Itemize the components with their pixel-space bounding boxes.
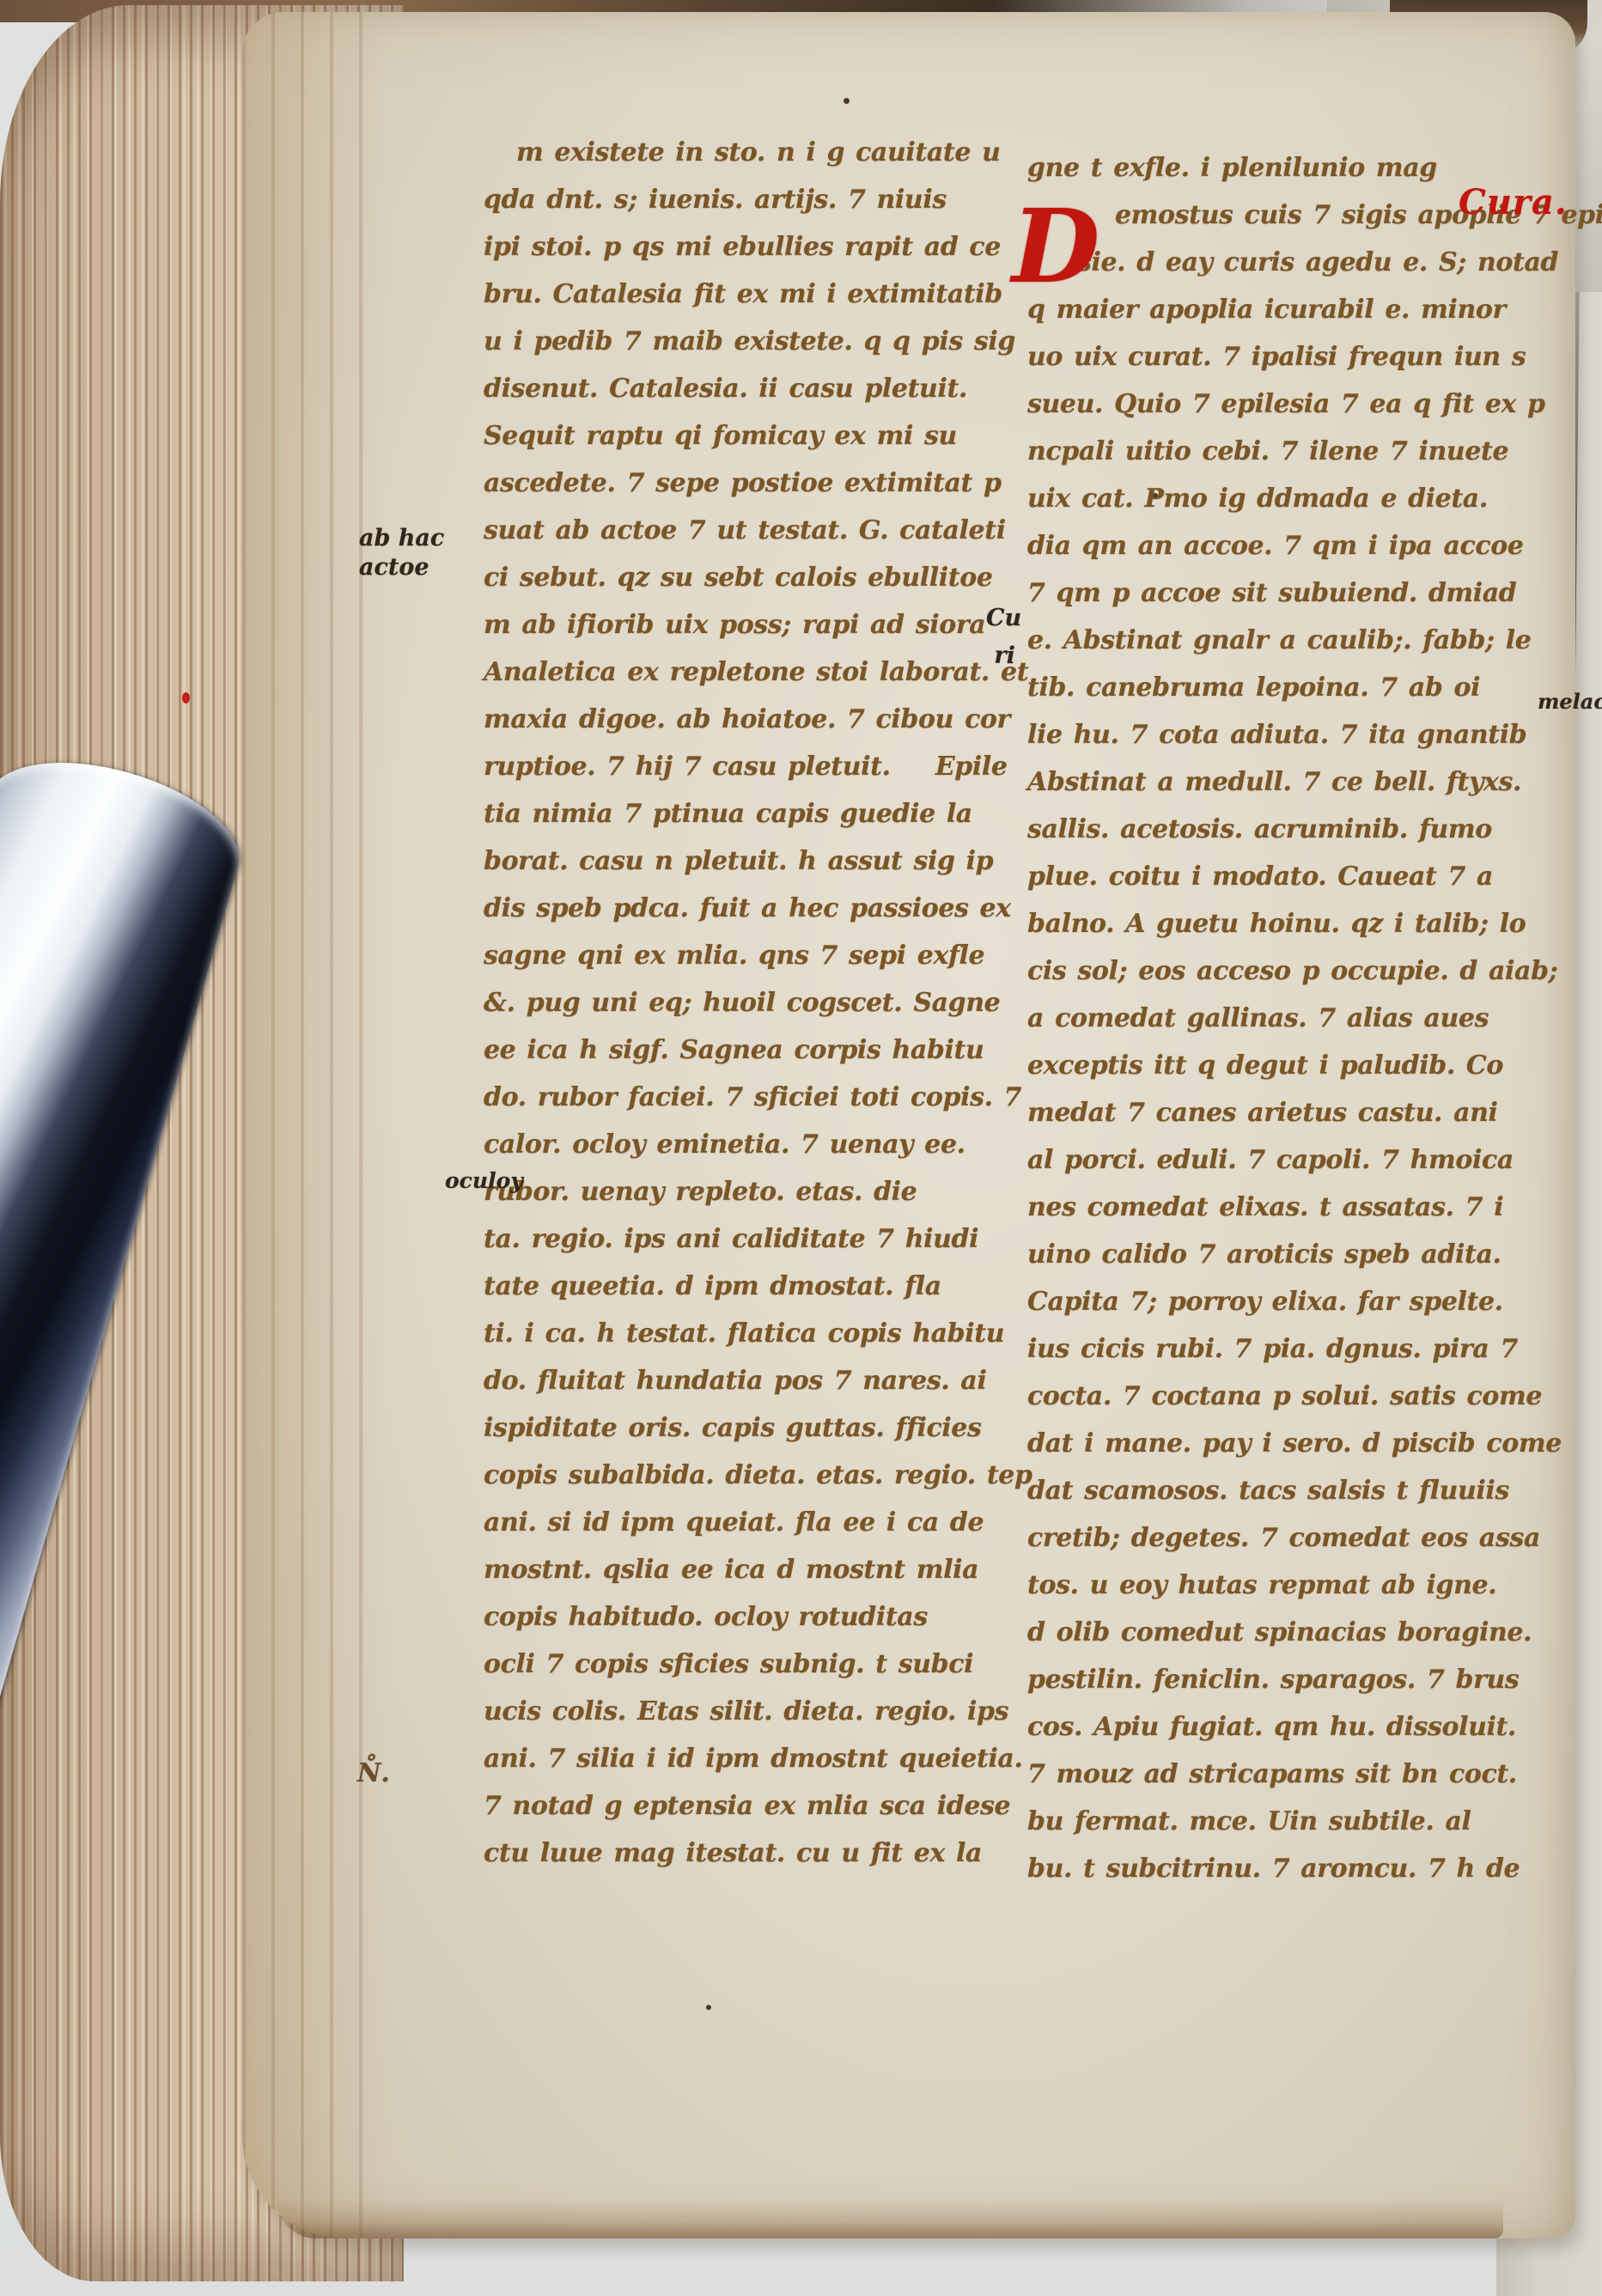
- margin-note-cu-ri: Cu ri: [986, 600, 1021, 675]
- manuscript-line: m existete in sto. n i g cauitate u: [484, 129, 1038, 176]
- manuscript-line: ispiditate oris. capis guttas. fficies: [484, 1404, 1038, 1452]
- manuscript-line: Sequit raptu qi fomicay ex mi su: [484, 412, 1038, 460]
- manuscript-line: copis habitudo. ocloy rotuditas: [484, 1593, 1038, 1641]
- manuscript-line: 7 notad g eptensia ex mlia sca idese: [484, 1782, 1038, 1830]
- manuscript-line: ani. si id ipm queiat. fla ee i ca de: [484, 1499, 1038, 1546]
- manuscript-line: borat. casu n pletuit. h assut sig ip: [484, 837, 1038, 885]
- manuscript-line: uix cat. Pmo ig ddmada e dieta.: [1027, 475, 1586, 522]
- manuscript-line: tate queetia. d ipm dmostat. fla: [484, 1263, 1038, 1310]
- manuscript-line: ctu luue mag itestat. cu u fit ex la: [484, 1830, 1038, 1877]
- manuscript-line: ani. 7 silia i id ipm dmostnt queietia.: [484, 1735, 1038, 1782]
- manuscript-line: 7 mouz ad stricapams sit bn coct.: [1027, 1751, 1586, 1798]
- manuscript-line: tib. canebruma lepoina. 7 ab oi: [1027, 664, 1586, 711]
- manuscript-line: cocta. 7 coctana p solui. satis come: [1027, 1373, 1586, 1420]
- manuscript-line: nes comedat elixas. t assatas. 7 i: [1027, 1184, 1586, 1231]
- manuscript-line: cretib; degetes. 7 comedat eos assa: [1027, 1514, 1586, 1562]
- manuscript-line: ncpali uitio cebi. 7 ilene 7 inuete: [1027, 428, 1586, 475]
- manuscript-line: qda dnt. s; iuenis. artijs. 7 niuis: [484, 176, 1038, 223]
- manuscript-line: maxia digoe. ab hoiatoe. 7 cibou cor: [484, 696, 1038, 743]
- manuscript-line: dat scamosos. tacs salsis t fluuiis: [1027, 1467, 1586, 1514]
- margin-note-oculorum: oculoy: [445, 1166, 523, 1196]
- manuscript-line: &. pug uni eq; huoil cogscet. Sagne: [484, 979, 1038, 1026]
- manuscript-line: ta. regio. ips ani caliditate 7 hiudi: [484, 1215, 1038, 1263]
- margin-note-ab-hac-actione: ab hac actoe: [359, 524, 444, 582]
- manuscript-line: calor. ocloy eminetia. 7 uenay ee.: [484, 1121, 1038, 1168]
- manuscript-line: ascedete. 7 sepe postioe extimitat p: [484, 460, 1038, 507]
- margin-note-melancolie: melaco: [1538, 687, 1602, 716]
- manuscript-line: medat 7 canes arietus castu. ani: [1027, 1089, 1586, 1136]
- manuscript-line: dia qm an accoe. 7 qm i ipa accoe: [1027, 522, 1586, 569]
- manuscript-line: dat i mane. pay i sero. d piscib come: [1027, 1420, 1586, 1467]
- manuscript-line: dis speb pdca. fuit a hec passioes ex: [484, 885, 1038, 932]
- manuscript-line: Capita 7; porroy elixa. far spelte.: [1027, 1278, 1586, 1325]
- manuscript-line: ti. i ca. h testat. flatica copis habitu: [484, 1310, 1038, 1357]
- manuscript-line: al porci. eduli. 7 capoli. 7 hmoica: [1027, 1136, 1586, 1184]
- manuscript-line: Abstinat a medull. 7 ce bell. ftyxs.: [1027, 758, 1586, 806]
- manuscript-line: e. Abstinat gnalr a caulib;. fabb; le: [1027, 617, 1586, 664]
- manuscript-line: ucis colis. Etas silit. dieta. regio. ip…: [484, 1688, 1038, 1735]
- manuscript-line: 7 qm p accoe sit subuiend. dmiad: [1027, 569, 1586, 617]
- manuscript-line: q maier apoplia icurabil e. minor: [1027, 286, 1586, 333]
- left-text-column: m existete in sto. n i g cauitate uqda d…: [484, 129, 1038, 1877]
- manuscript-line: ruptioe. 7 hij 7 casu pletuit. Epile: [484, 743, 1038, 790]
- manuscript-line: sie. d eay curis agedu e. S; notad: [1027, 239, 1586, 286]
- manuscript-line: m ab ifiorib uix poss; rapi ad siora: [484, 601, 1038, 649]
- manuscript-line: rubor. uenay repleto. etas. die: [484, 1168, 1038, 1215]
- manuscript-line: ci sebut. qz su sebt calois ebullitoe: [484, 554, 1038, 601]
- manuscript-line: bu fermat. mce. Uin subtile. al: [1027, 1798, 1586, 1845]
- manuscript-line: uino calido 7 aroticis speb adita.: [1027, 1231, 1586, 1278]
- rubric-cura-heading: Cura.: [1459, 182, 1568, 222]
- manuscript-line: sallis. acetosis. acruminib. fumo: [1027, 806, 1586, 853]
- rubricated-initial-d: D: [1012, 199, 1099, 294]
- manuscript-line: d olib comedut spinacias boragine.: [1027, 1609, 1586, 1656]
- manuscript-line: bru. Catalesia fit ex mi i extimitatib: [484, 271, 1038, 318]
- manuscript-line: ee ica h sigf. Sagnea corpis habitu: [484, 1026, 1038, 1074]
- ink-speck: [844, 98, 850, 104]
- manuscript-line: tos. u eoy hutas repmat ab igne.: [1027, 1562, 1586, 1609]
- manuscript-line: ius cicis rubi. 7 pia. dgnus. pira 7: [1027, 1325, 1586, 1373]
- manuscript-line: plue. coitu i modato. Caueat 7 a: [1027, 853, 1586, 900]
- manuscript-line: tia nimia 7 ptinua capis guedie la: [484, 790, 1038, 837]
- manuscript-line: bu. t subcitrinu. 7 aromcu. 7 h de: [1027, 1845, 1586, 1892]
- manuscript-line: copis subalbida. dieta. etas. regio. tep: [484, 1452, 1038, 1499]
- manuscript-line: uo uix curat. 7 ipalisi frequn iun s: [1027, 333, 1586, 381]
- ink-speck: [706, 2005, 711, 2010]
- manuscript-line: ipi stoi. p qs mi ebullies rapit ad ce: [484, 223, 1038, 271]
- manuscript-line: sagne qni ex mlia. qns 7 sepi exfle: [484, 932, 1038, 979]
- manuscript-line: cos. Apiu fugiat. qm hu. dissoluit.: [1027, 1703, 1586, 1751]
- manuscript-line: sueu. Quio 7 epilesia 7 ea q fit ex p: [1027, 381, 1586, 428]
- manuscript-line: balno. A guetu hoinu. qz i talib; lo: [1027, 900, 1586, 947]
- manuscript-photo: { "document": { "kind": "medieval manusc…: [0, 0, 1602, 2296]
- right-text-column: gne t exfle. i plenilunio magemostus cui…: [1027, 144, 1586, 1892]
- margin-nota-mark: N̊.: [357, 1759, 390, 1788]
- manuscript-line: exceptis itt q degut i paludib. Co: [1027, 1042, 1586, 1089]
- manuscript-line: cis sol; eos acceso p occupie. d aiab;: [1027, 947, 1586, 995]
- manuscript-line: mostnt. qslia ee ica d mostnt mlia: [484, 1546, 1038, 1593]
- manuscript-line: suat ab actoe 7 ut testat. G. cataleti: [484, 507, 1038, 554]
- manuscript-line: do. fluitat hundatia pos 7 nares. ai: [484, 1357, 1038, 1404]
- manuscript-line: pestilin. feniclin. sparagos. 7 brus: [1027, 1656, 1586, 1703]
- manuscript-line: u i pedib 7 maib existete. q q pis sig: [484, 318, 1038, 365]
- manuscript-line: do. rubor faciei. 7 sficiei toti copis. …: [484, 1074, 1038, 1121]
- manuscript-line: disenut. Catalesia. ii casu pletuit.: [484, 365, 1038, 412]
- manuscript-line: a comedat gallinas. 7 alias aues: [1027, 995, 1586, 1042]
- manuscript-line: ocli 7 copis sficies subnig. t subci: [484, 1641, 1038, 1688]
- fore-edge-red-mark: [182, 692, 190, 703]
- manuscript-line: Analetica ex repletone stoi laborat. et: [484, 649, 1038, 696]
- manuscript-line: lie hu. 7 cota adiuta. 7 ita gnantib: [1027, 711, 1586, 758]
